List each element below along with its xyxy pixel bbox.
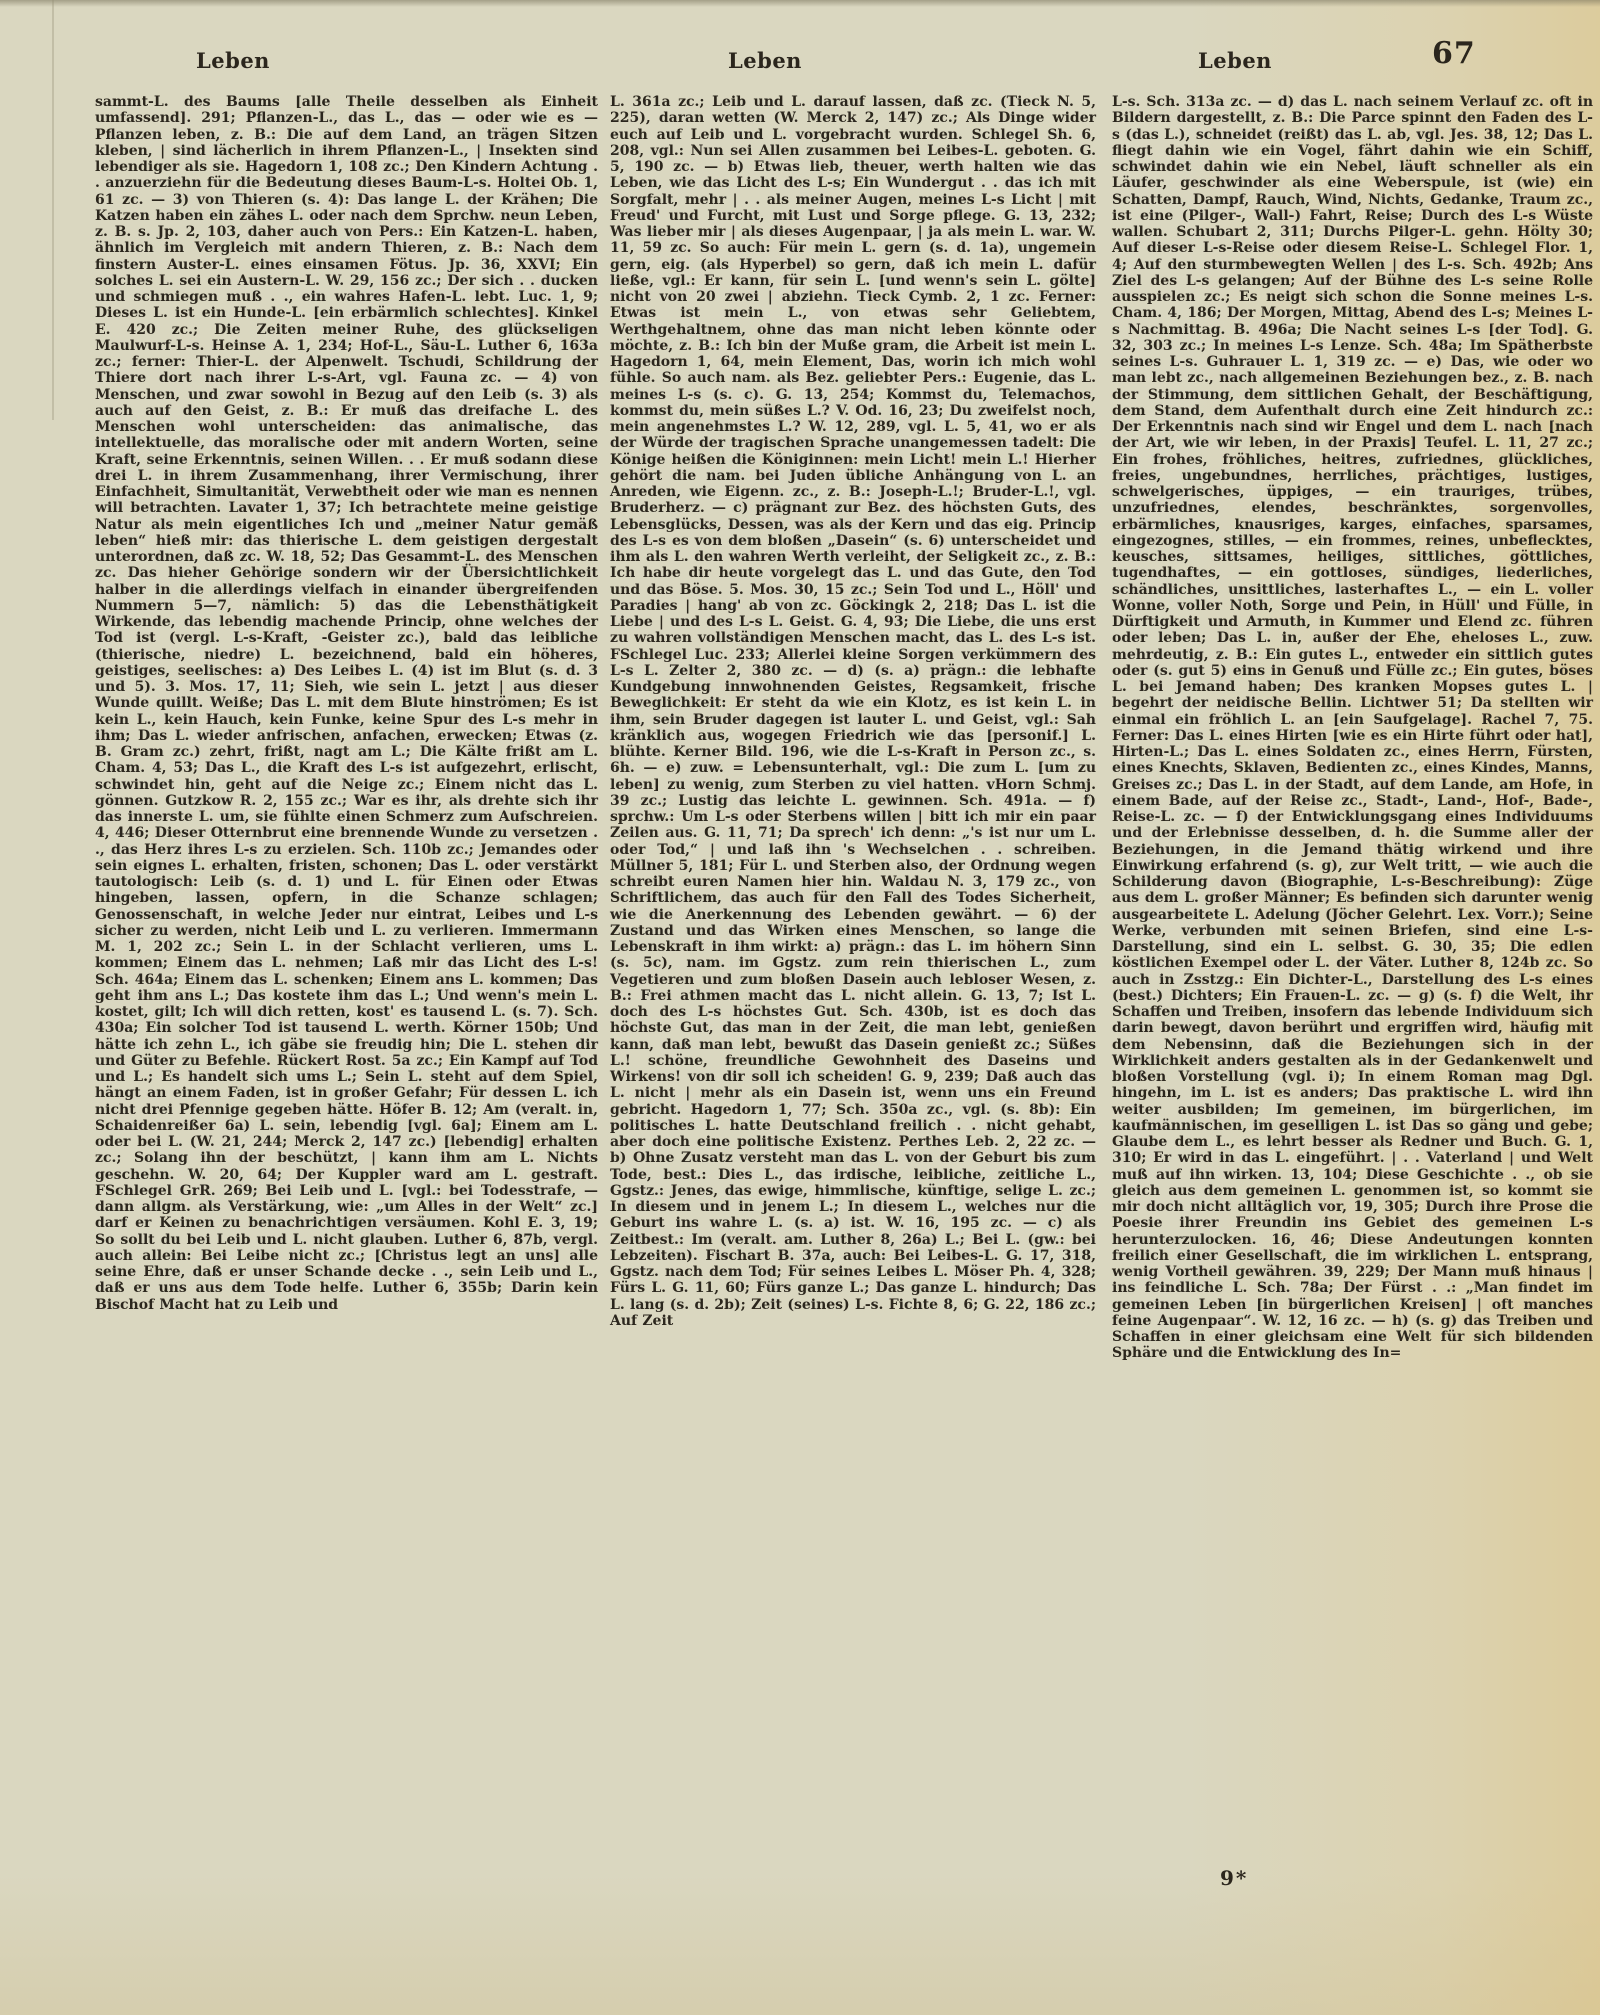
page-number: 67	[1432, 36, 1476, 71]
running-title-center: Leben	[655, 48, 875, 73]
text-column-2: L. 361a zc.; Leib und L. darauf lassen, …	[610, 94, 1096, 1362]
running-title-right: Leben	[1125, 48, 1345, 73]
text-column-1: sammt-L. des Baums [alle Theile desselbe…	[95, 94, 598, 1362]
signature-mark: 9*	[1220, 1866, 1248, 1890]
dictionary-page: Leben Leben Leben 67 sammt-L. des Baums …	[0, 0, 1600, 2015]
text-column-3: L-s. Sch. 313a zc. — d) das L. nach sein…	[1112, 94, 1593, 1362]
running-title-left: Leben	[123, 48, 343, 73]
text-columns: sammt-L. des Baums [alle Theile desselbe…	[95, 94, 1593, 1362]
page-fold-line	[52, 0, 54, 420]
